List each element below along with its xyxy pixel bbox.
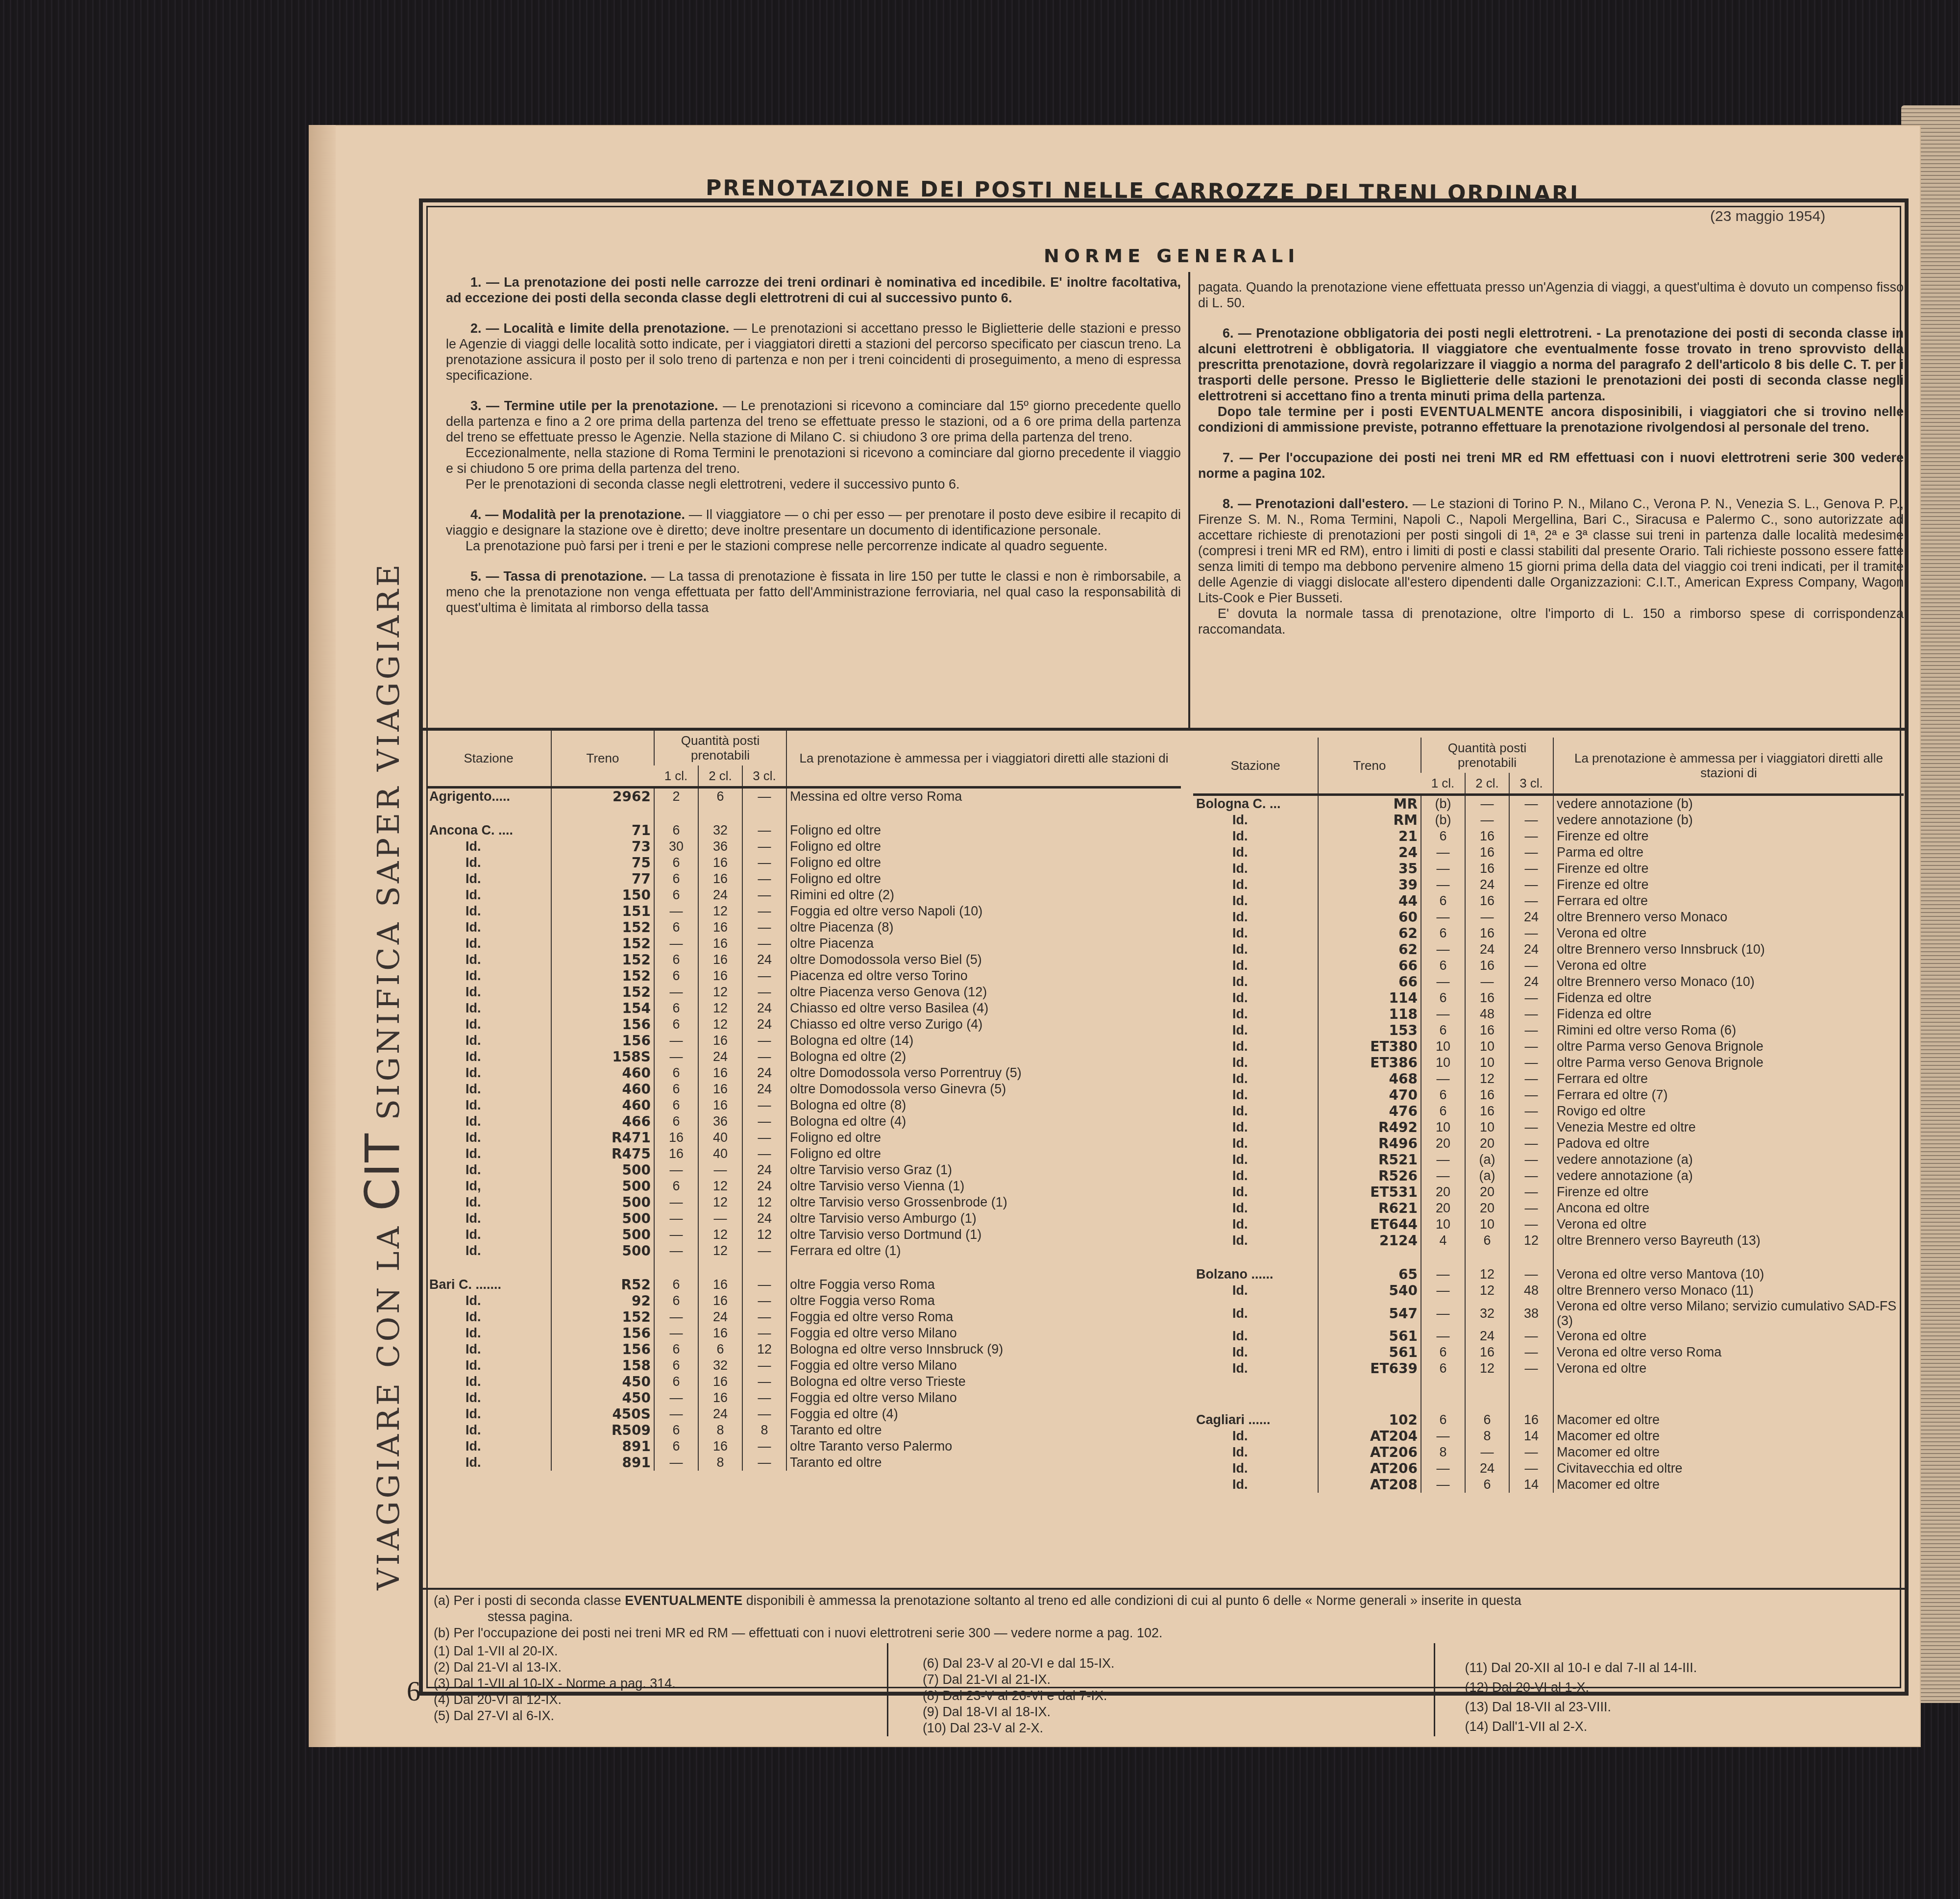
table-row: Id.R521—(a)—vedere annotazione (a) (1193, 1152, 1904, 1168)
second-class-seats: 16 (698, 1390, 742, 1406)
station-cell: Id. (1193, 1168, 1318, 1184)
third-class-seats: — (1509, 1135, 1553, 1152)
table-row: Id.R526—(a)—vedere annotazione (a) (1193, 1168, 1904, 1184)
station-cell: Id. (426, 1000, 551, 1016)
destination-cell: oltre Parma verso Genova Brignole (1553, 1055, 1904, 1071)
col-cl3: 3 cl. (742, 765, 786, 788)
destination-cell: Ancona ed oltre (1553, 1200, 1904, 1216)
footnote-col-3: (11) Dal 20-XII al 10-I e dal 7-II al 14… (1434, 1643, 1899, 1736)
second-class-seats: 20 (1465, 1135, 1509, 1152)
train-number-cell: 156 (551, 1016, 654, 1033)
second-class-seats: 16 (1465, 1103, 1509, 1119)
train-number-cell: 65 (1318, 1266, 1421, 1282)
spacer-row (1193, 1394, 1904, 1412)
table-row: Id.35—16—Firenze ed oltre (1193, 861, 1904, 877)
destination-cell: oltre Tarvisio verso Amburgo (1) (786, 1210, 1181, 1227)
table-row: Id.1566612Bologna ed oltre verso Innsbru… (426, 1341, 1181, 1357)
destination-cell: Bologna ed oltre (2) (786, 1049, 1181, 1065)
third-class-seats: 8 (742, 1422, 786, 1438)
first-class-seats: 6 (1421, 1412, 1465, 1428)
third-class-seats: 24 (742, 1210, 786, 1227)
destination-cell: Venezia Mestre ed oltre (1553, 1119, 1904, 1135)
first-class-seats: — (1421, 1152, 1465, 1168)
table-row: Id.891—8—Taranto ed oltre (426, 1455, 1181, 1471)
station-cell: Id. (1193, 1444, 1318, 1460)
norma-4-p2: La prenotazione può farsi per i treni e … (446, 538, 1181, 554)
second-class-seats: 10 (1465, 1119, 1509, 1135)
third-class-seats: — (742, 1243, 786, 1259)
table-row: Id.77616—Foligno ed oltre (426, 871, 1181, 887)
destination-cell: Parma ed oltre (1553, 844, 1904, 861)
destination-cell: Taranto ed oltre (786, 1455, 1181, 1471)
third-class-seats: — (1509, 1038, 1553, 1055)
destination-cell: Firenze ed oltre (1553, 1184, 1904, 1200)
station-cell: Id. (1193, 861, 1318, 877)
table-row: Id.460616—Bologna ed oltre (8) (426, 1097, 1181, 1113)
norma-1: 1. — La prenotazione dei posti nelle car… (446, 274, 1181, 306)
col-destinazione: La prenotazione è ammessa per i viaggiat… (786, 730, 1181, 788)
third-class-seats: — (1509, 1152, 1553, 1168)
table-row: Id.500—1212oltre Tarvisio verso Dortmund… (426, 1227, 1181, 1243)
destination-cell: Foligno ed oltre (786, 822, 1181, 839)
second-class-seats: 20 (1465, 1184, 1509, 1200)
first-class-seats: — (1421, 1460, 1465, 1477)
third-class-seats: — (1509, 893, 1553, 909)
footnote-item: (6) Dal 23-V al 20-VI e dal 15-IX. (923, 1655, 1415, 1672)
norma-3: 3. — Termine utile per la prenotazione. … (446, 398, 1181, 445)
destination-cell: oltre Tarvisio verso Vienna (1) (786, 1178, 1181, 1194)
column-divider (1188, 272, 1190, 728)
table-row: Agrigento.....296226—Messina ed oltre ve… (426, 788, 1181, 805)
second-class-seats: 24 (1465, 941, 1509, 958)
third-class-seats: 14 (1509, 1428, 1553, 1444)
third-class-seats: — (1509, 958, 1553, 974)
first-class-seats: — (1421, 1328, 1465, 1344)
first-class-seats: — (1421, 909, 1465, 925)
first-class-seats: 6 (1421, 1344, 1465, 1360)
third-class-seats: — (1509, 1006, 1553, 1022)
destination-cell: Foligno ed oltre (786, 871, 1181, 887)
first-class-seats: 20 (1421, 1200, 1465, 1216)
destination-cell: Ferrara ed oltre (1553, 893, 1904, 909)
station-cell: Id. (1193, 974, 1318, 990)
destination-cell: Foggia ed oltre verso Roma (786, 1309, 1181, 1325)
station-cell: Id. (426, 1243, 551, 1259)
second-class-seats: 32 (698, 1357, 742, 1374)
third-class-seats: — (1509, 828, 1553, 844)
destination-cell: Bologna ed oltre verso Innsbruck (9) (786, 1341, 1181, 1357)
third-class-seats: — (1509, 1055, 1553, 1071)
train-number-cell: 2962 (551, 788, 654, 805)
third-class-seats: 12 (742, 1194, 786, 1210)
first-class-seats: — (1421, 1266, 1465, 1282)
table-row: Bolzano ......65—12—Verona ed oltre vers… (1193, 1266, 1904, 1282)
train-number-cell: 153 (1318, 1022, 1421, 1038)
train-number-cell: 500 (551, 1210, 654, 1227)
second-class-seats: (a) (1465, 1152, 1509, 1168)
footnote-columns: (1) Dal 1-VII al 20-IX.(2) Dal 21-VI al … (434, 1643, 1899, 1736)
station-cell: Id. (426, 1065, 551, 1081)
station-cell: Id. (1193, 990, 1318, 1006)
first-class-seats: — (654, 1309, 698, 1325)
second-class-seats: 16 (1465, 958, 1509, 974)
train-number-cell: 2124 (1318, 1233, 1421, 1249)
second-class-seats: 40 (698, 1130, 742, 1146)
second-class-seats: 16 (1465, 1344, 1509, 1360)
train-number-cell: MR (1318, 795, 1421, 813)
first-class-seats: 6 (654, 1000, 698, 1016)
third-class-seats: — (742, 1390, 786, 1406)
second-class-seats: 24 (1465, 1460, 1509, 1477)
train-number-cell: 561 (1318, 1328, 1421, 1344)
destination-cell: Verona ed oltre (1553, 1216, 1904, 1233)
train-number-cell: R496 (1318, 1135, 1421, 1152)
first-class-seats: 10 (1421, 1055, 1465, 1071)
train-number-cell: 466 (551, 1113, 654, 1130)
destination-cell: Chiasso ed oltre verso Zurigo (4) (786, 1016, 1181, 1033)
third-class-seats: — (1509, 1266, 1553, 1282)
third-class-seats: — (742, 1357, 786, 1374)
station-cell: Id. (426, 984, 551, 1000)
second-class-seats: 12 (698, 1243, 742, 1259)
first-class-seats: 6 (654, 1277, 698, 1293)
station-cell: Id. (426, 1325, 551, 1341)
first-class-seats: 30 (654, 839, 698, 855)
train-number-cell: 60 (1318, 909, 1421, 925)
trains-table-left: Stazione Treno Quantità posti prenotabil… (426, 730, 1181, 1471)
first-class-seats: — (654, 1227, 698, 1243)
footnote-col-2: (6) Dal 23-V al 20-VI e dal 15-IX.(7) Da… (887, 1643, 1415, 1736)
table-row: Id.39—24—Firenze ed oltre (1193, 877, 1904, 893)
station-cell: Id. (426, 1309, 551, 1325)
destination-cell: Foggia ed oltre (4) (786, 1406, 1181, 1422)
second-class-seats: — (1465, 909, 1509, 925)
third-class-seats: — (742, 1146, 786, 1162)
train-number-cell: 152 (551, 936, 654, 952)
spine-shadow (309, 125, 336, 1747)
train-number-cell: ET639 (1318, 1360, 1421, 1377)
first-class-seats: 6 (654, 1097, 698, 1113)
destination-cell: Verona ed oltre verso Milano; servizio c… (1553, 1299, 1904, 1328)
station-cell: Id. (1193, 1216, 1318, 1233)
first-class-seats: 6 (654, 1374, 698, 1390)
footnote-item: (12) Dal 20-VI al 1-X. (1465, 1677, 1899, 1697)
footnote-a: (a) Per i posti di seconda classe EVENTU… (434, 1593, 1899, 1625)
destination-cell: Verona ed oltre (1553, 958, 1904, 974)
train-number-cell: 152 (551, 1309, 654, 1325)
first-class-seats: 6 (654, 952, 698, 968)
station-cell: Id. (1193, 925, 1318, 941)
first-class-seats: 6 (654, 1357, 698, 1374)
destination-cell: Foligno ed oltre (786, 1146, 1181, 1162)
third-class-seats: — (1509, 1087, 1553, 1103)
station-cell: Id. (426, 919, 551, 936)
third-class-seats: — (742, 855, 786, 871)
third-class-seats: — (1509, 812, 1553, 828)
destination-cell: Rovigo ed oltre (1553, 1103, 1904, 1119)
spacer-row (1193, 1377, 1904, 1394)
second-class-seats: 16 (698, 1293, 742, 1309)
station-cell: Id. (1193, 828, 1318, 844)
trains-table-right: Stazione Treno Quantità posti prenotabil… (1193, 738, 1904, 1493)
slogan-after: SIGNIFICA SAPER VIAGGIARE (370, 562, 406, 1133)
destination-cell: Macomer ed oltre (1553, 1444, 1904, 1460)
first-class-seats: 6 (654, 1178, 698, 1194)
second-class-seats: 16 (1465, 1087, 1509, 1103)
table-row: Id.468—12—Ferrara ed oltre (1193, 1071, 1904, 1087)
train-number-cell: ET386 (1318, 1055, 1421, 1071)
destination-cell: Foggia ed oltre verso Milano (786, 1357, 1181, 1374)
third-class-seats: — (742, 1325, 786, 1341)
table-row: Id.66616—Verona ed oltre (1193, 958, 1904, 974)
second-class-seats: 32 (698, 822, 742, 839)
train-number-cell: 66 (1318, 958, 1421, 974)
first-class-seats: 6 (654, 855, 698, 871)
train-number-cell: 102 (1318, 1412, 1421, 1428)
table-row: Id.62616—Verona ed oltre (1193, 925, 1904, 941)
col-stazione: Stazione (426, 730, 551, 788)
train-number-cell: 158 (551, 1357, 654, 1374)
norma-8: 8. — Prenotazioni dall'estero. — Le staz… (1198, 496, 1904, 606)
station-cell: Id. (1193, 909, 1318, 925)
station-cell: Id. (1193, 844, 1318, 861)
destination-cell: oltre Brennero verso Bayreuth (13) (1553, 1233, 1904, 1249)
station-cell: Id. (426, 1033, 551, 1049)
table-row: Id.152—24—Foggia ed oltre verso Roma (426, 1309, 1181, 1325)
col-quantita: Quantità posti prenotabili (654, 730, 786, 765)
train-number-cell: 156 (551, 1325, 654, 1341)
second-class-seats: 16 (698, 1277, 742, 1293)
first-class-seats: 6 (654, 1016, 698, 1033)
station-cell: Id. (426, 1341, 551, 1357)
first-class-seats: — (1421, 1282, 1465, 1299)
first-class-seats: 6 (654, 822, 698, 839)
second-class-seats: 10 (1465, 1216, 1509, 1233)
table-row: Id.152—16—oltre Piacenza (426, 936, 1181, 952)
train-number-cell: AT206 (1318, 1444, 1421, 1460)
second-class-seats: 8 (698, 1455, 742, 1471)
first-class-seats: — (654, 936, 698, 952)
footnote-item: (9) Dal 18-VI al 18-IX. (923, 1704, 1415, 1720)
train-number-cell: 75 (551, 855, 654, 871)
train-number-cell: R521 (1318, 1152, 1421, 1168)
second-class-seats: 6 (1465, 1477, 1509, 1493)
station-cell: Id. (426, 1194, 551, 1210)
third-class-seats: — (742, 1049, 786, 1065)
station-cell: Id. (426, 887, 551, 903)
train-number-cell: 152 (551, 919, 654, 936)
third-class-seats: 24 (1509, 909, 1553, 925)
first-class-seats: — (1421, 941, 1465, 958)
footnote-b: (b) Per l'occupazione dei posti nei tren… (434, 1625, 1899, 1641)
reservation-table-right: Stazione Treno Quantità posti prenotabil… (1193, 738, 1904, 1493)
train-number-cell: 460 (551, 1065, 654, 1081)
second-class-seats: 12 (698, 984, 742, 1000)
destination-cell: Bologna ed oltre (8) (786, 1097, 1181, 1113)
third-class-seats: — (1509, 1168, 1553, 1184)
first-class-seats: 6 (1421, 958, 1465, 974)
destination-cell: oltre Piacenza (786, 936, 1181, 952)
col-cl1: 1 cl. (654, 765, 698, 788)
table-row: Id.21616—Firenze ed oltre (1193, 828, 1904, 844)
destination-cell: Ferrara ed oltre (1) (786, 1243, 1181, 1259)
third-class-seats: — (742, 1293, 786, 1309)
station-cell: Id. (1193, 958, 1318, 974)
second-class-seats: — (1465, 1444, 1509, 1460)
station-cell: Id, (426, 1178, 551, 1194)
station-cell: Id. (426, 1357, 551, 1374)
train-number-cell: R492 (1318, 1119, 1421, 1135)
table-row: Id.152—12—oltre Piacenza verso Genova (1… (426, 984, 1181, 1000)
first-class-seats: 6 (1421, 990, 1465, 1006)
second-class-seats: 16 (698, 1081, 742, 1097)
table-row: Id.114616—Fidenza ed oltre (1193, 990, 1904, 1006)
third-class-seats: 12 (742, 1227, 786, 1243)
station-cell: Id. (1193, 893, 1318, 909)
station-cell: Agrigento..... (426, 788, 551, 805)
first-class-seats: — (1421, 1168, 1465, 1184)
second-class-seats: — (1465, 812, 1509, 828)
station-cell: Id. (426, 1113, 551, 1130)
second-class-seats: 16 (698, 1325, 742, 1341)
first-class-seats: — (1421, 1477, 1465, 1493)
second-class-seats: 12 (698, 903, 742, 919)
destination-cell: oltre Foggia verso Roma (786, 1293, 1181, 1309)
train-number-cell: 500 (551, 1194, 654, 1210)
table-row: Id.733036—Foligno ed oltre (426, 839, 1181, 855)
col-cl2: 2 cl. (1465, 773, 1509, 795)
table-row: Id.156—16—Bologna ed oltre (14) (426, 1033, 1181, 1049)
station-cell: Id. (426, 903, 551, 919)
train-number-cell: 152 (551, 952, 654, 968)
destination-cell: Foggia ed oltre verso Milano (786, 1390, 1181, 1406)
station-cell: Id. (1193, 1119, 1318, 1135)
station-cell: Id. (426, 1097, 551, 1113)
third-class-seats: 12 (1509, 1233, 1553, 1249)
train-number-cell: AT204 (1318, 1428, 1421, 1444)
first-class-seats: 20 (1421, 1135, 1465, 1152)
first-class-seats: 6 (1421, 1103, 1465, 1119)
first-class-seats: — (654, 1243, 698, 1259)
third-class-seats: — (742, 936, 786, 952)
table-row: Id.AT208—614Macomer ed oltre (1193, 1477, 1904, 1493)
station-cell: Id. (1193, 1071, 1318, 1087)
second-class-seats: 16 (698, 1097, 742, 1113)
first-class-seats: 16 (654, 1130, 698, 1146)
second-class-seats: 24 (698, 1309, 742, 1325)
first-class-seats: — (1421, 1299, 1465, 1328)
third-class-seats: 24 (742, 1065, 786, 1081)
second-class-seats: 16 (1465, 828, 1509, 844)
station-cell: Id. (426, 1455, 551, 1471)
third-class-seats: — (742, 1406, 786, 1422)
first-class-seats: 6 (654, 1341, 698, 1357)
destination-cell: Macomer ed oltre (1553, 1477, 1904, 1493)
train-number-cell: 151 (551, 903, 654, 919)
destination-cell: Verona ed oltre verso Roma (1553, 1344, 1904, 1360)
station-cell: Id. (426, 855, 551, 871)
destination-cell: Bologna ed oltre (14) (786, 1033, 1181, 1049)
second-class-seats: 16 (1465, 990, 1509, 1006)
station-cell: Id. (1193, 812, 1318, 828)
destination-cell: Firenze ed oltre (1553, 828, 1904, 844)
train-number-cell: 540 (1318, 1282, 1421, 1299)
destination-cell: oltre Brennero verso Monaco (1553, 909, 1904, 925)
station-cell: Id. (426, 1130, 551, 1146)
first-class-seats: 6 (654, 871, 698, 887)
first-class-seats: — (654, 1406, 698, 1422)
spacer-row (426, 805, 1181, 822)
train-number-cell: 66 (1318, 974, 1421, 990)
second-class-seats: 16 (698, 855, 742, 871)
train-number-cell: 450 (551, 1390, 654, 1406)
third-class-seats: — (742, 919, 786, 936)
table-row: Id.46061624oltre Domodossola verso Porre… (426, 1065, 1181, 1081)
station-cell: Id. (426, 1016, 551, 1033)
second-class-seats: 12 (698, 1194, 742, 1210)
destination-cell: Piacenza ed oltre verso Torino (786, 968, 1181, 984)
destination-cell: Ferrara ed oltre (7) (1553, 1087, 1904, 1103)
train-number-cell: 152 (551, 968, 654, 984)
first-class-seats: 6 (1421, 828, 1465, 844)
train-number-cell: 114 (1318, 990, 1421, 1006)
destination-cell: vedere annotazione (b) (1553, 812, 1904, 828)
second-class-seats: 16 (698, 919, 742, 936)
footnote-item: (4) Dal 20-VI al 12-IX. (434, 1692, 887, 1708)
table-row: Id.470616—Ferrara ed oltre (7) (1193, 1087, 1904, 1103)
third-class-seats: — (1509, 795, 1553, 813)
col-cl3: 3 cl. (1509, 773, 1553, 795)
first-class-seats: 6 (654, 968, 698, 984)
destination-cell: Foggia ed oltre verso Milano (786, 1325, 1181, 1341)
third-class-seats: 24 (1509, 941, 1553, 958)
second-class-seats: 6 (1465, 1412, 1509, 1428)
table-row: Id.44616—Ferrara ed oltre (1193, 893, 1904, 909)
destination-cell: Civitavecchia ed oltre (1553, 1460, 1904, 1477)
first-class-seats: (b) (1421, 812, 1465, 828)
first-class-seats: 2 (654, 788, 698, 805)
station-cell: Id. (426, 1374, 551, 1390)
norma-6: 6. — Prenotazione obbligatoria dei posti… (1198, 325, 1904, 404)
first-class-seats: — (654, 1162, 698, 1178)
first-class-seats: — (654, 1390, 698, 1406)
second-class-seats: 6 (698, 788, 742, 805)
third-class-seats: 14 (1509, 1477, 1553, 1493)
destination-cell: oltre Domodossola verso Porrentruy (5) (786, 1065, 1181, 1081)
side-slogan: VIAGGIARE CON LA CIT SIGNIFICA SAPER VIA… (355, 306, 410, 1590)
second-class-seats: 16 (698, 1374, 742, 1390)
destination-cell: Chiasso ed oltre verso Basilea (4) (786, 1000, 1181, 1016)
norma-3-p3: Per le prenotazioni di seconda classe ne… (446, 476, 1181, 492)
destination-cell: Foligno ed oltre (786, 855, 1181, 871)
third-class-seats: — (1509, 844, 1553, 861)
footnotes: (a) Per i posti di seconda classe EVENTU… (434, 1593, 1899, 1736)
train-number-cell: 62 (1318, 925, 1421, 941)
first-class-seats: — (654, 1049, 698, 1065)
station-cell: Id. (1193, 941, 1318, 958)
destination-cell: oltre Foggia verso Roma (786, 1277, 1181, 1293)
col-quantita: Quantità posti prenotabili (1421, 738, 1553, 773)
station-cell: Id. (1193, 1006, 1318, 1022)
station-cell: Id. (426, 968, 551, 984)
first-class-seats: 10 (1421, 1119, 1465, 1135)
station-cell: Id. (426, 1390, 551, 1406)
second-class-seats: 36 (698, 1113, 742, 1130)
destination-cell: Verona ed oltre (1553, 1360, 1904, 1377)
train-number-cell: 468 (1318, 1071, 1421, 1087)
first-class-seats: — (1421, 974, 1465, 990)
train-number-cell: 158S (551, 1049, 654, 1065)
